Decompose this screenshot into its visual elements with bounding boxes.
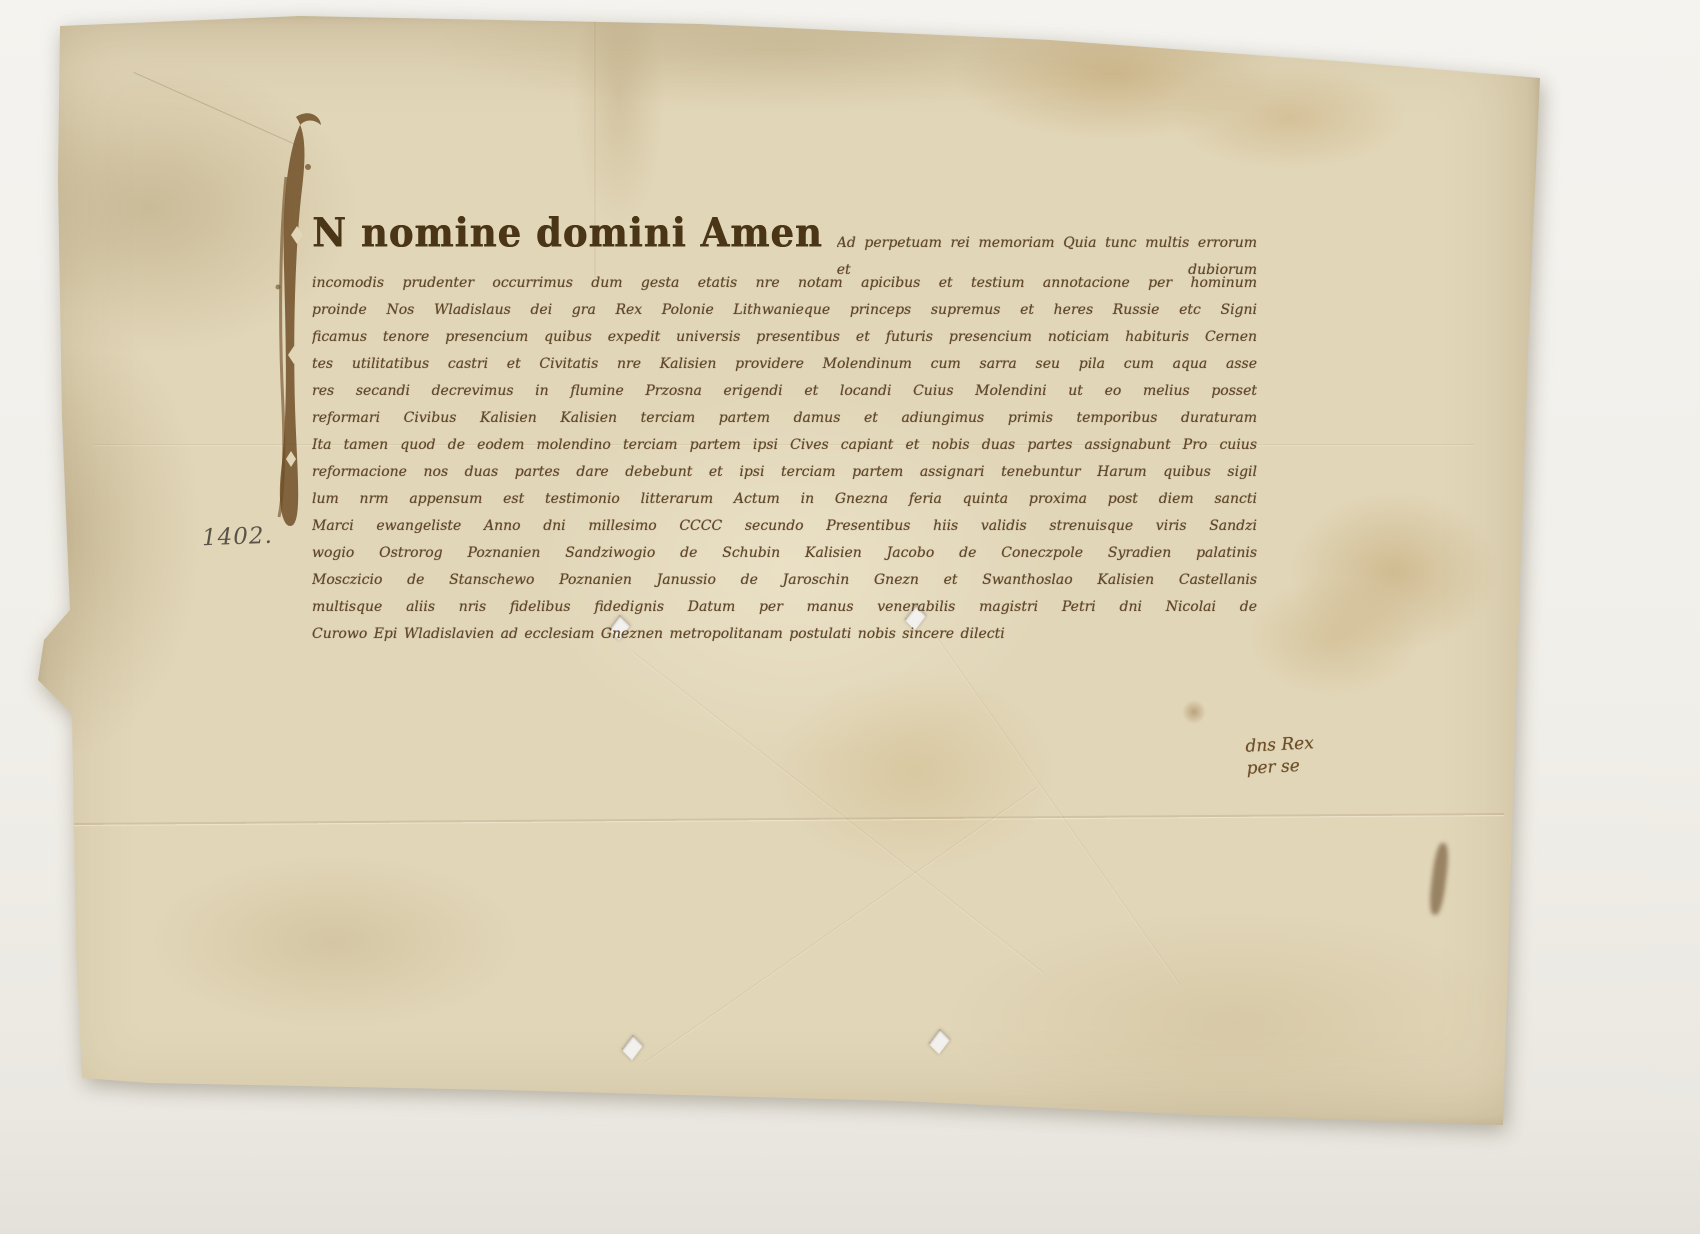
charter-line: wogio Ostrorog Poznanien Sandziwogio de … [312, 540, 1257, 567]
fold-crease-horizontal-main [64, 813, 1504, 825]
seal-cord-hole-bottom-left [621, 1035, 643, 1061]
seal-cord-hole-bottom-right [928, 1029, 950, 1055]
charter-heading: N nomine domini Amen [312, 208, 823, 256]
chancery-note-line1: dns Rex [1245, 732, 1314, 758]
charter-text-block: N nomine domini Amen Ad perpetuam rei me… [312, 212, 1257, 648]
parchment-sheet: N nomine domini Amen Ad perpetuam rei me… [34, 12, 1542, 1130]
charter-line: lum nrm appensum est testimonio litterar… [312, 486, 1257, 513]
chancery-signature-note: dns Rex per se [1245, 732, 1316, 780]
charter-line: reformacione nos duas partes dare debebu… [312, 459, 1257, 486]
fold-crease-diagonal-3 [933, 632, 1180, 985]
charter-line: Mosczicio de Stanschewo Poznanien Januss… [312, 567, 1257, 594]
parchment-photo: N nomine domini Amen Ad perpetuam rei me… [0, 0, 1700, 1234]
charter-line: proinde Nos Wladislaus dei gra Rex Polon… [312, 297, 1257, 324]
fold-crease-diagonal-2 [644, 787, 1038, 1063]
ink-smudge [1428, 842, 1451, 915]
charter-line: incomodis prudenter occurrimus dum gesta… [312, 270, 1257, 297]
charter-line: reformari Civibus Kalisien Kalisien terc… [312, 405, 1257, 432]
charter-line: ficamus tenore presencium quibus expedit… [312, 324, 1257, 351]
charter-opening-row: N nomine domini Amen Ad perpetuam rei me… [312, 212, 1257, 270]
charter-line: res secandi decrevimus in flumine Przosn… [312, 378, 1257, 405]
charter-line: Curowo Epi Wladislavien ad ecclesiam Gne… [312, 621, 1059, 648]
margin-year-note: 1402. [202, 523, 274, 551]
charter-line: Ita tamen quod de eodem molendino tercia… [312, 432, 1257, 459]
charter-line: multisque aliis nris fidelibus fidedigni… [312, 594, 1257, 621]
chancery-note-line2: per se [1246, 754, 1315, 780]
charter-line: tes utilitatibus castri et Civitatis nre… [312, 351, 1257, 378]
charter-line: Marci ewangeliste Anno dni millesimo CCC… [312, 513, 1257, 540]
